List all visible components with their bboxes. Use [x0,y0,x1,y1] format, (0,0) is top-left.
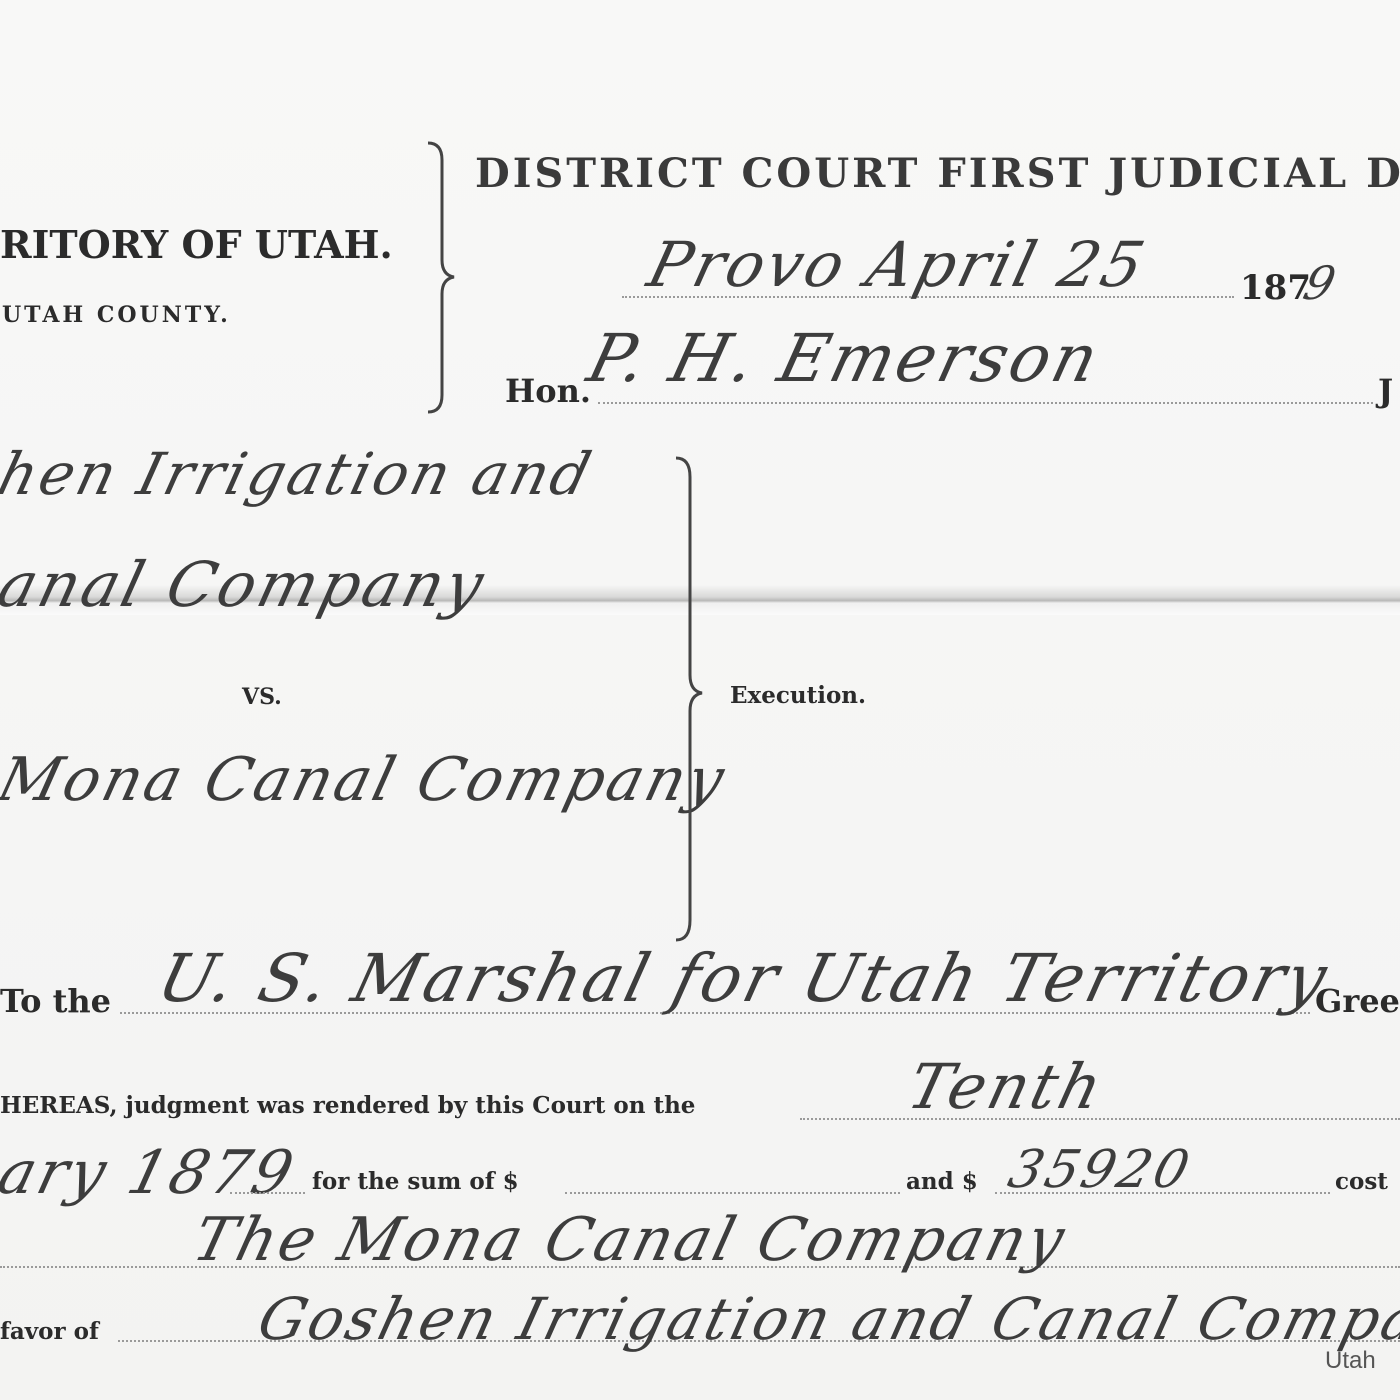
territory-heading: RITORY OF UTAH. [0,222,393,267]
case-brace-icon [670,455,710,945]
against-handwritten: The Mona Canal Company [186,1205,1074,1275]
plaintiff-line-1: hen Irrigation and [0,440,600,508]
sum-line [565,1192,900,1194]
date-line [230,1192,305,1194]
cost-amount-handwritten: 35920 [1003,1140,1198,1200]
judge-line [598,402,1373,404]
sum-label: for the sum of $ [312,1168,519,1195]
versus-label: VS. [242,684,282,710]
judge-suffix: J [1378,372,1393,410]
whereas-line [800,1118,1400,1120]
header-brace-icon [420,140,460,415]
court-heading: DISTRICT COURT FIRST JUDICIAL DISTRI [475,150,1400,197]
defendant-handwritten: Mona Canal Company [0,745,734,815]
to-the-label: To the [0,982,111,1020]
cost-label: cost [1335,1168,1388,1195]
watermark-text: Utah [1325,1347,1376,1375]
hon-label: Hon. [505,372,591,410]
plaintiff-line-2: anal Company [0,548,494,621]
favor-handwritten: Goshen Irrigation and Canal Company [252,1285,1400,1353]
judge-handwritten: P. H. Emerson [580,320,1108,397]
whereas-handwritten: Tenth [901,1050,1112,1123]
greeting-label: Gree [1315,982,1400,1020]
writ-type-label: Execution. [730,682,866,709]
judgment-date-handwritten: ary 1879 [0,1138,303,1208]
and-label: and $ [906,1168,978,1195]
to-the-handwritten: U. S. Marshal for Utah Territory [150,940,1337,1017]
favor-label: favor of [0,1318,99,1345]
place-date-handwritten: Provo April 25 [641,228,1154,301]
county-heading: UTAH COUNTY. [2,302,231,328]
whereas-label: HEREAS, judgment was rendered by this Co… [0,1092,695,1119]
